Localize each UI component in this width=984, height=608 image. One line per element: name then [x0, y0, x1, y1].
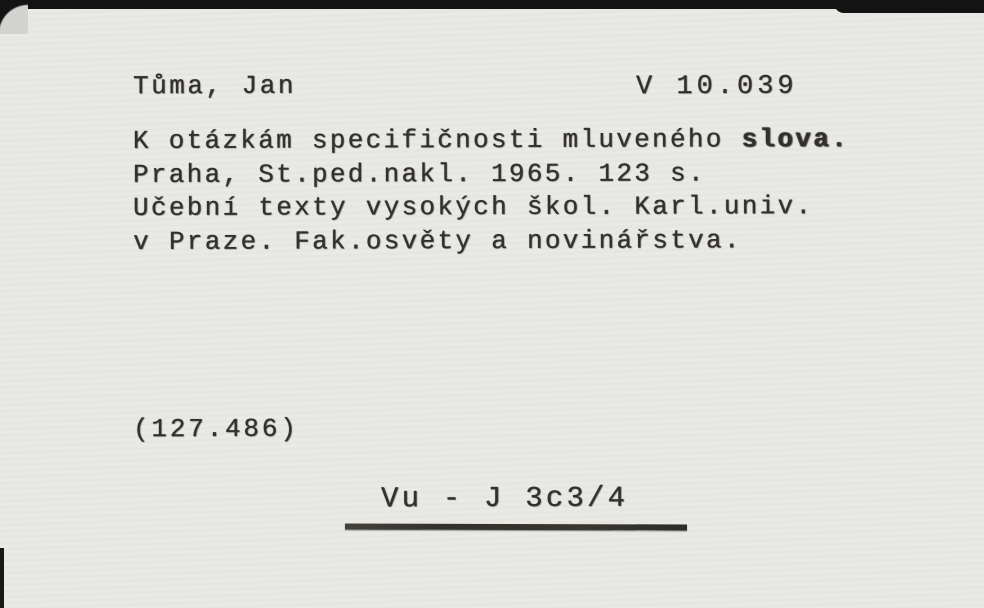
scan-top-edge-right [834, 0, 984, 13]
series-line-2: v Praze. Fak.osvěty a novinářstva. [133, 224, 849, 259]
imprint-line: Praha, St.ped.nakl. 1965. 123 s. [133, 157, 849, 192]
series-line-1: Učební texty vysokých škol. Karl.univ. [133, 190, 849, 225]
shelf-mark-underline [345, 524, 687, 531]
call-number: V 10.039 [636, 72, 798, 102]
shelf-mark: Vu - J 3c3/4 [381, 482, 628, 516]
title-emphasis: slova. [742, 124, 850, 154]
catalog-card-scan: Tůma, Jan V 10.039 K otázkám specifičnos… [0, 0, 984, 608]
classification-number: (127.486) [133, 414, 299, 444]
title-text: K otázkám specifičnosti mluveného [133, 124, 724, 156]
scan-left-edge [0, 548, 4, 608]
title-line: K otázkám specifičnosti mluveného slova. [133, 123, 849, 158]
card-rounded-corner-topleft [0, 0, 28, 34]
card-body: K otázkám specifičnosti mluveného slova.… [133, 123, 849, 259]
author-heading: Tůma, Jan [133, 71, 296, 101]
